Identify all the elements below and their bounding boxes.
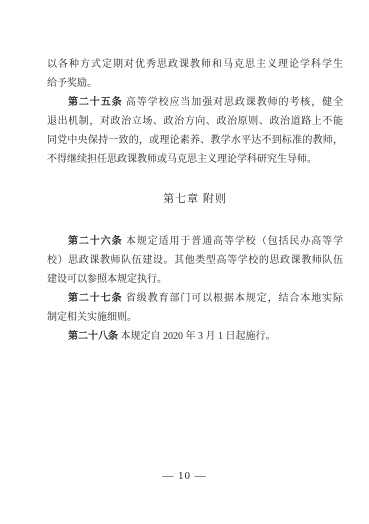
text-line: 第二十五条 高等学校应当加强对思政课教师的考核，健全 — [47, 93, 343, 112]
text-line: 不得继续担任思政课教师或马克思主义理论学科研究生导师。 — [47, 150, 343, 169]
document-content: 以各种方式定期对优秀思政课教师和马克思主义理论学科学生给予奖励。第二十五条 高等… — [47, 55, 343, 346]
text-line: 制定相关实施细则。 — [47, 308, 343, 327]
text-run: 高等学校应当加强对思政课教师的考核，健全 — [123, 97, 344, 108]
text-line: 同党中央保持一致的，或理论素养、教学水平达不到标准的教师， — [47, 131, 343, 150]
text-run: 退出机制，对政治立场、政治方向、政治原则、政治道路上不能 — [47, 116, 343, 127]
text-line: 第二十八条 本规定自 2020 年 3 月 1 日起施行。 — [47, 327, 343, 346]
text-line: 第二十六条 本规定适用于普通高等学校（包括民办高等学 — [47, 232, 343, 251]
article-25: 第二十五条 高等学校应当加强对思政课教师的考核，健全退出机制，对政治立场、政治方… — [47, 93, 343, 169]
article-number: 第二十五条 — [68, 97, 123, 108]
text-run: 本规定适用于普通高等学校（包括民办高等学 — [123, 236, 344, 247]
text-line: 校）思政课教师队伍建设。其他类型高等学校的思政课教师队伍 — [47, 251, 343, 270]
text-run: 给予奖励。 — [47, 78, 97, 89]
document-page: 以各种方式定期对优秀思政课教师和马克思主义理论学科学生给予奖励。第二十五条 高等… — [0, 0, 369, 524]
text-line: 第七章 附则 — [47, 190, 343, 209]
article-26: 第二十六条 本规定适用于普通高等学校（包括民办高等学校）思政课教师队伍建设。其他… — [47, 232, 343, 289]
text-line: 退出机制，对政治立场、政治方向、政治原则、政治道路上不能 — [47, 112, 343, 131]
text-line: 第二十七条 省级教育部门可以根据本规定，结合本地实际 — [47, 289, 343, 308]
text-line: 给予奖励。 — [47, 74, 343, 93]
article-28: 第二十八条 本规定自 2020 年 3 月 1 日起施行。 — [47, 327, 343, 346]
chapter-7-heading: 第七章 附则 — [47, 190, 343, 209]
article-number: 第二十六条 — [68, 236, 123, 247]
article-number: 第二十七条 — [68, 293, 123, 304]
paragraph-continuation: 以各种方式定期对优秀思政课教师和马克思主义理论学科学生给予奖励。 — [47, 55, 343, 93]
article-number: 第二十八条 — [68, 331, 118, 342]
text-run: 校）思政课教师队伍建设。其他类型高等学校的思政课教师队伍 — [47, 255, 343, 266]
text-run: 同党中央保持一致的，或理论素养、教学水平达不到标准的教师， — [47, 135, 343, 146]
text-line: 以各种方式定期对优秀思政课教师和马克思主义理论学科学生 — [47, 55, 343, 74]
page-number: — 10 — — [0, 470, 369, 482]
text-run: 以各种方式定期对优秀思政课教师和马克思主义理论学科学生 — [47, 59, 343, 70]
text-run: 省级教育部门可以根据本规定，结合本地实际 — [123, 293, 344, 304]
text-run: 本规定自 2020 年 3 月 1 日起施行。 — [118, 331, 276, 342]
text-run: 建设可以参照本规定执行。 — [47, 274, 167, 285]
article-27: 第二十七条 省级教育部门可以根据本规定，结合本地实际制定相关实施细则。 — [47, 289, 343, 327]
text-run: 不得继续担任思政课教师或马克思主义理论学科研究生导师。 — [47, 154, 317, 165]
text-run: 第七章 附则 — [163, 193, 227, 205]
text-line: 建设可以参照本规定执行。 — [47, 270, 343, 289]
text-run: 制定相关实施细则。 — [47, 312, 137, 323]
